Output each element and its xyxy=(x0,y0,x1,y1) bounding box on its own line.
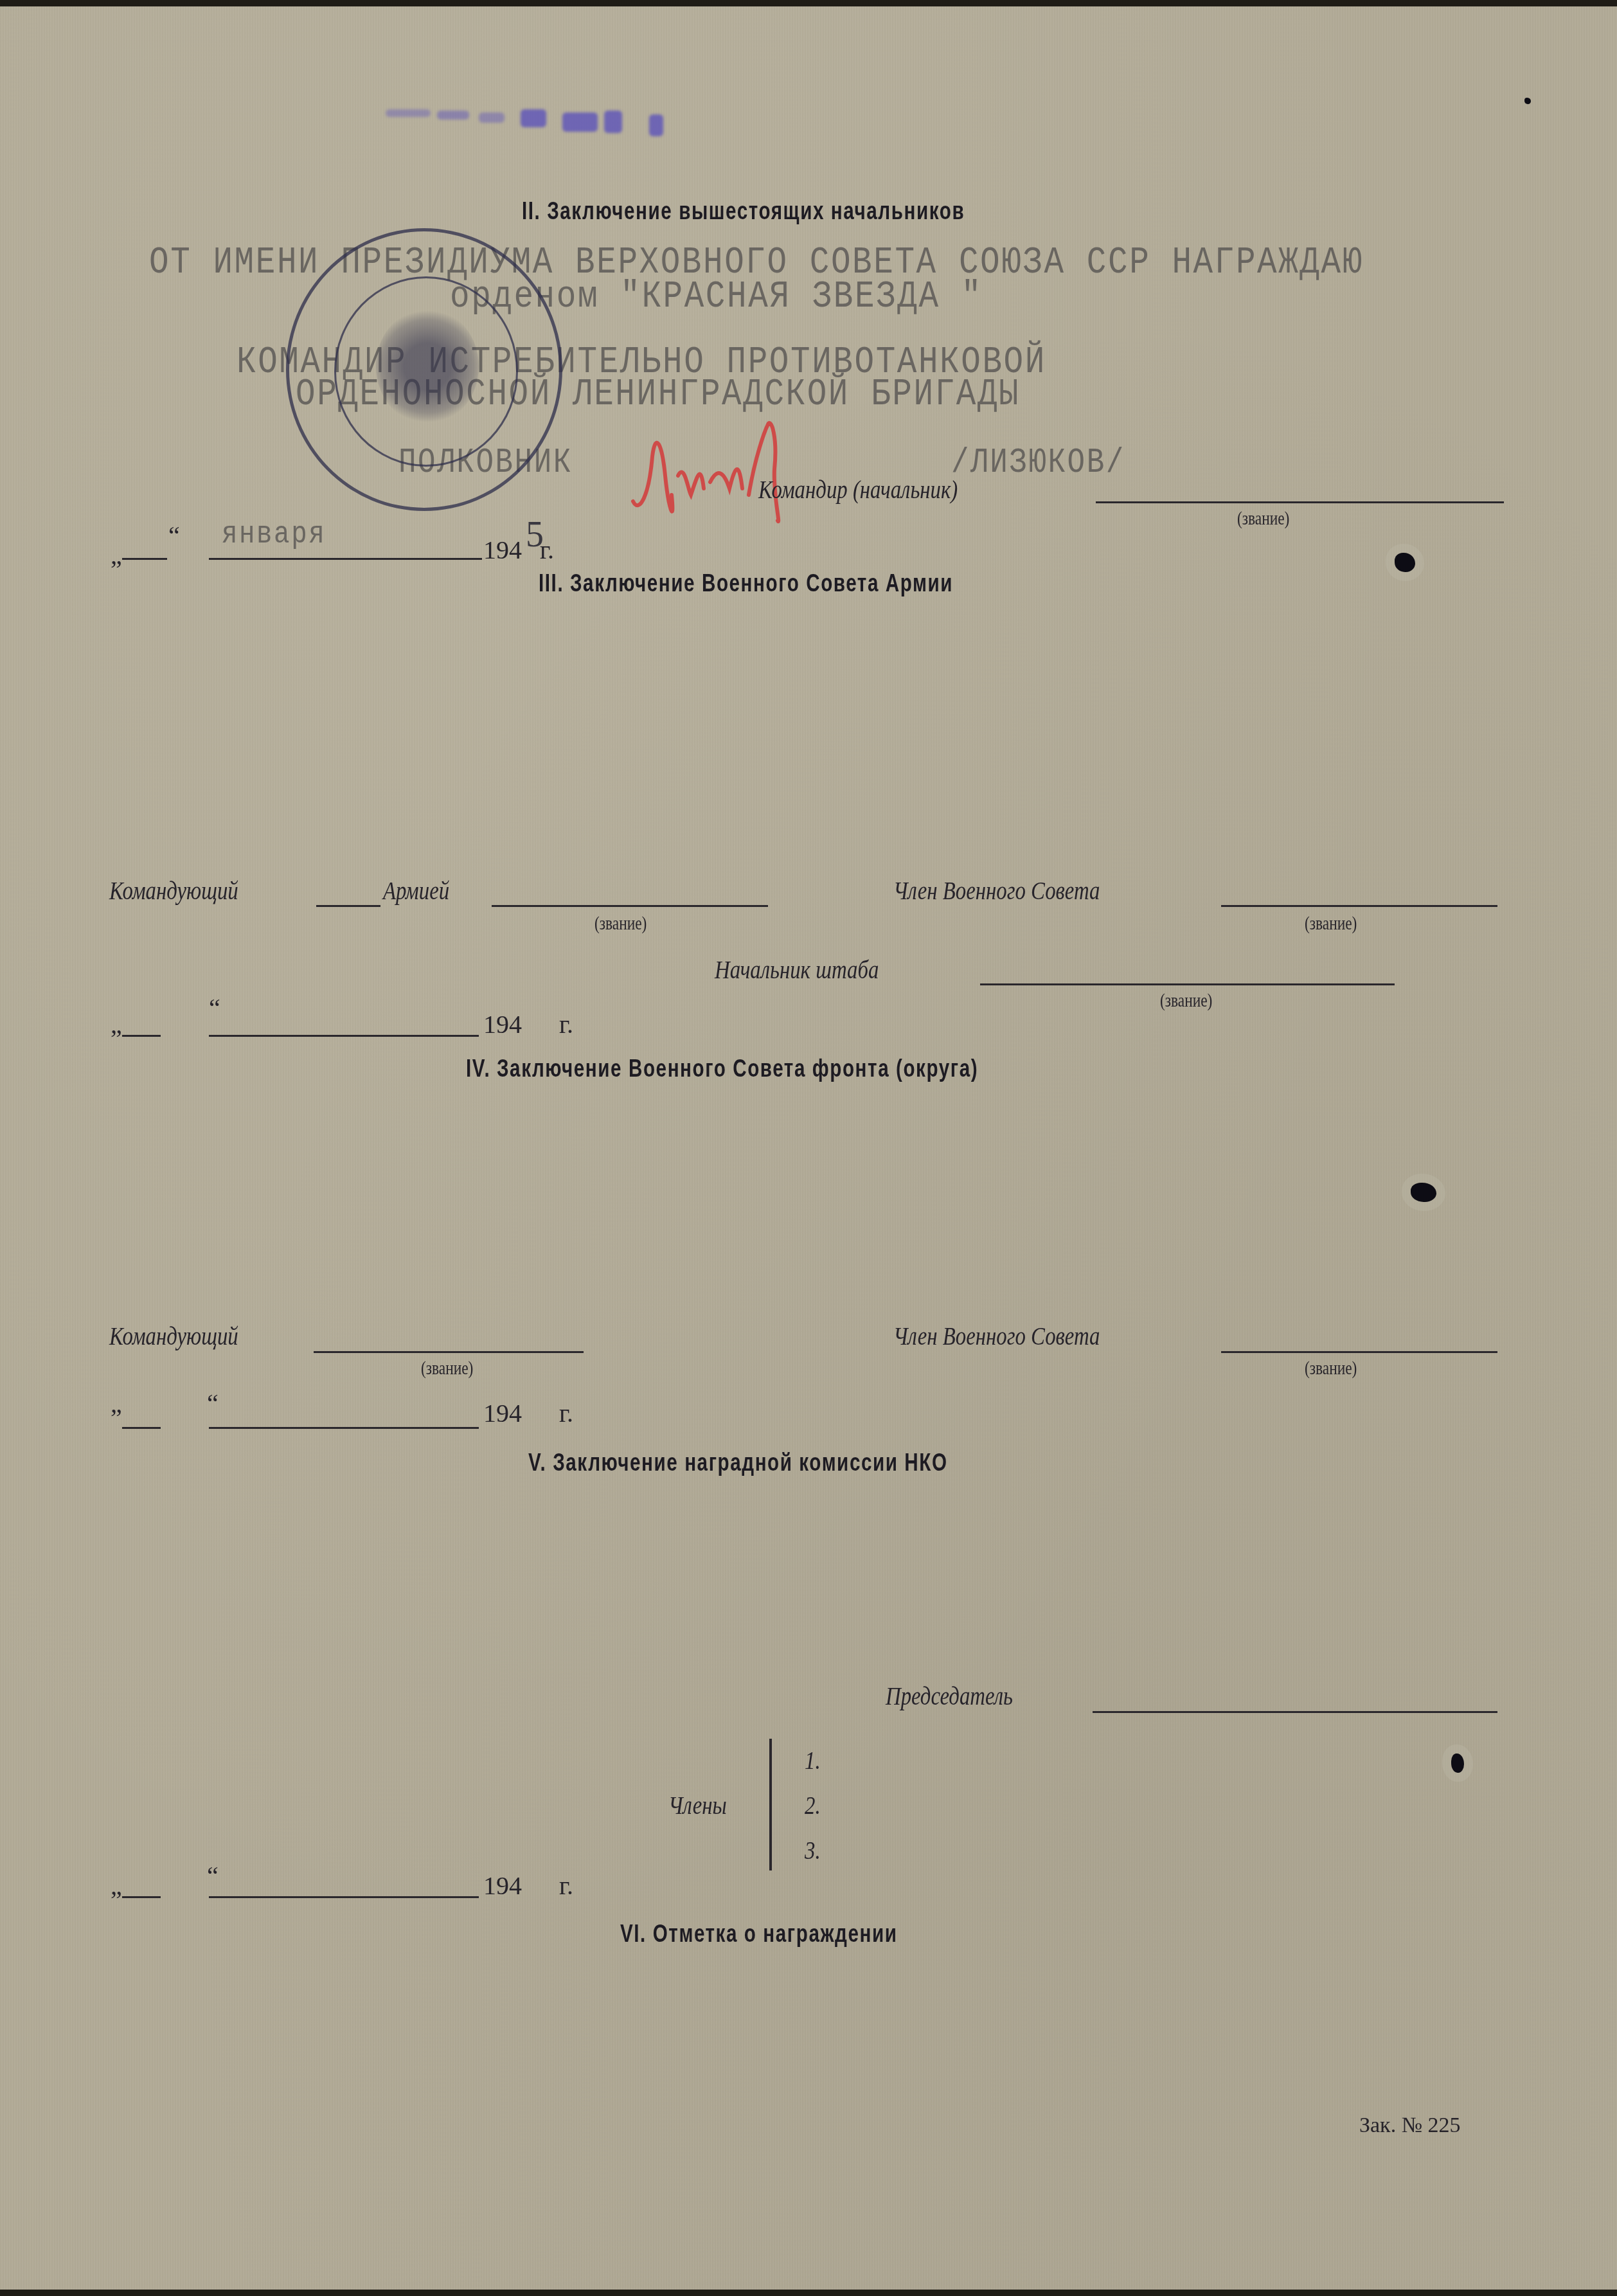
army-council-rank-caption: (звание) xyxy=(1305,913,1357,935)
date-close-quote: “ xyxy=(168,521,180,551)
chairman-signature-line xyxy=(1093,1711,1497,1713)
front-commander-rank-line xyxy=(314,1351,584,1353)
order-number: Зак. № 225 xyxy=(1359,2113,1461,2138)
typed-name: /ЛИЗЮКОВ/ xyxy=(951,444,1125,483)
date-g: г. xyxy=(559,1009,573,1039)
army-council-member-label: Член Военного Совета xyxy=(893,875,1100,906)
front-council-member-label: Член Военного Совета xyxy=(893,1321,1100,1351)
chief-of-staff-rank-line xyxy=(980,983,1395,985)
date-month-line xyxy=(209,1896,479,1898)
date-month: января xyxy=(222,517,326,552)
date-year-prefix: 194 xyxy=(483,1870,522,1901)
section-5-heading: V. Заключение наградной комиссии НКО xyxy=(528,1449,948,1477)
member-3-number: 3. xyxy=(805,1835,821,1865)
chief-of-staff-rank-caption: (звание) xyxy=(1160,990,1212,1012)
commander-rank-line xyxy=(1096,501,1504,503)
date-g: г. xyxy=(559,1870,573,1901)
date-close-quote: “ xyxy=(207,1388,219,1419)
date-month-line xyxy=(209,1035,479,1037)
front-council-rank-caption: (звание) xyxy=(1305,1358,1357,1379)
date-year-prefix: 194 xyxy=(483,535,522,565)
date-g: г. xyxy=(559,1398,573,1428)
army-label: Армией xyxy=(383,875,449,906)
red-signature xyxy=(627,418,858,527)
date-day-line xyxy=(122,1896,161,1898)
paper-hole xyxy=(1524,98,1531,104)
section-2-heading: II. Заключение вышестоящих начальников xyxy=(522,198,965,226)
date-open-quote: „ xyxy=(111,540,122,570)
date-month-line xyxy=(209,1427,479,1429)
member-1-number: 1. xyxy=(805,1745,821,1775)
army-rank-line xyxy=(492,905,768,907)
section-6-heading: VI. Отметка о награждении xyxy=(620,1921,897,1948)
date-close-quote: “ xyxy=(207,1861,219,1891)
member-2-number: 2. xyxy=(805,1790,821,1820)
paper-hole xyxy=(1411,1183,1436,1202)
army-rank-caption: (звание) xyxy=(594,913,647,935)
commander-label: Командир (начальник) xyxy=(758,474,958,505)
paper-hole xyxy=(1451,1753,1464,1773)
members-bracket xyxy=(769,1739,772,1870)
date-year-prefix: 194 xyxy=(483,1398,522,1428)
members-label: Члены xyxy=(668,1790,727,1820)
date-close-quote: “ xyxy=(209,993,220,1023)
date-open-quote: „ xyxy=(111,1009,122,1039)
front-commander-label: Командующий xyxy=(109,1321,238,1351)
army-council-rank-line xyxy=(1221,905,1497,907)
date-open-quote: „ xyxy=(111,1870,122,1901)
front-council-rank-line xyxy=(1221,1351,1497,1353)
date-year-prefix: 194 xyxy=(483,1009,522,1039)
front-commander-rank-caption: (звание) xyxy=(421,1358,473,1379)
chief-of-staff-label: Начальник штаба xyxy=(715,955,879,985)
chairman-label: Председатель xyxy=(886,1681,1013,1711)
date-day-line xyxy=(122,1427,161,1429)
army-number-line xyxy=(316,905,380,907)
document-page: II. Заключение вышестоящих начальников О… xyxy=(0,6,1617,2290)
date-open-quote: „ xyxy=(111,1388,122,1419)
commander-rank-caption: (звание) xyxy=(1237,508,1289,530)
paper-hole xyxy=(1395,553,1415,572)
section-3-heading: III. Заключение Военного Совета Армии xyxy=(539,570,953,598)
army-commander-label: Командующий xyxy=(109,875,238,906)
section-4-heading: IV. Заключение Военного Совета фронта (о… xyxy=(466,1055,978,1083)
date-day-line xyxy=(122,1035,161,1037)
date-g: г. xyxy=(540,535,554,565)
date-day-line xyxy=(122,558,167,560)
date-month-line xyxy=(209,558,482,560)
